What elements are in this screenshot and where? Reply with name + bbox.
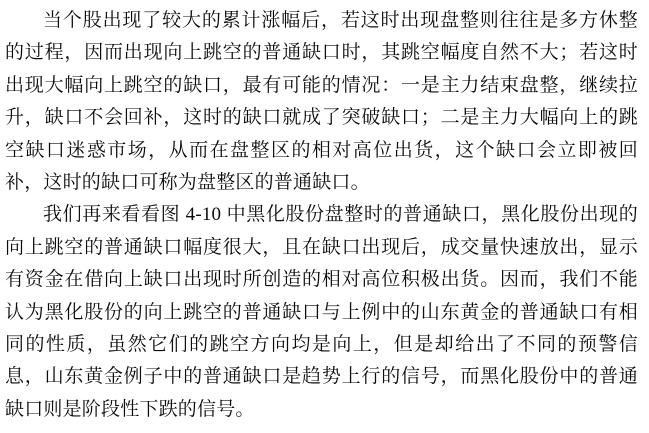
body-paragraph-2: 我们再来看看图 4-10 中黑化股份盘整时的普通缺口，黑化股份出现的向上跳空的普… <box>5 199 638 426</box>
document-page: 当个股出现了较大的累计涨幅后，若这时出现盘整则往往是多方休整的过程，因而出现向上… <box>0 0 649 433</box>
body-paragraph-1: 当个股出现了较大的累计涨幅后，若这时出现盘整则往往是多方休整的过程，因而出现向上… <box>5 5 638 199</box>
